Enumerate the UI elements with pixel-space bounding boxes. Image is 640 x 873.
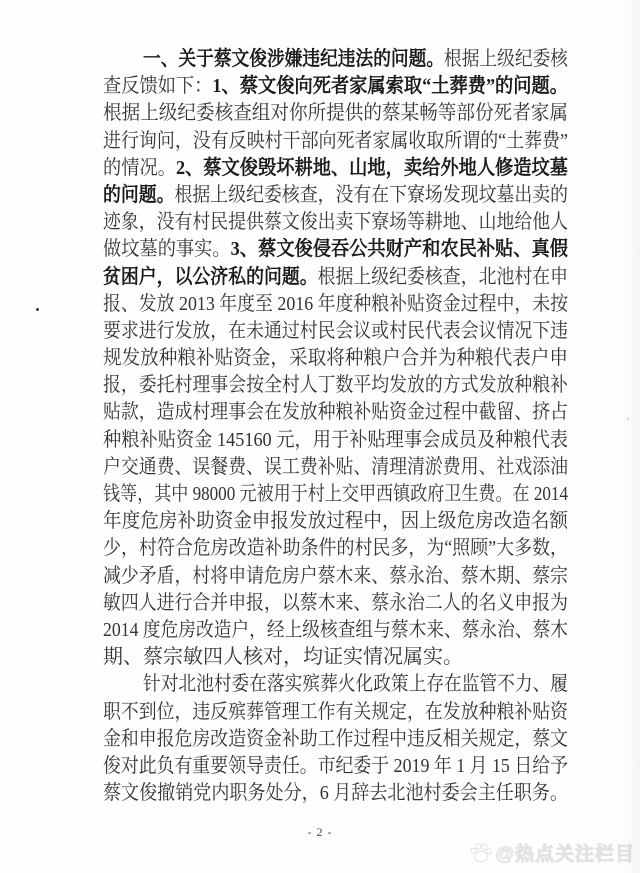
text-line-content: 2014 度危房改造户，经上级核查组与蔡木来、蔡永治、蔡木 bbox=[103, 617, 568, 644]
text-line: 的情况。2、蔡文俊毁坏耕地、山地，卖给外地人修造坟墓 bbox=[103, 155, 568, 182]
document-text: 一、关于蔡文俊涉嫌违纪违法的问题。根据上级纪委核查反馈如下：1、蔡文俊向死者家属… bbox=[103, 46, 568, 807]
text-segment: 户交通费、误餐费、误工费补贴、清理清淤费用、社戏添油 bbox=[103, 456, 568, 478]
text-line: 的问题。根据上级纪委核查，没有在下寮场发现坟墓出卖的 bbox=[103, 182, 568, 209]
text-segment: 钱等，其中 98000 元被用于村上交甲西镇政府卫生费。在 2014 bbox=[103, 483, 568, 505]
text-segment: 少，村符合危房改造补助条件的村民多，为“照顾”大多数， bbox=[103, 537, 568, 559]
text-line-content: 年度危房补助资金申报发放过程中，因上级危房改造名额 bbox=[103, 508, 568, 535]
text-segment: 种粮补贴资金 145160 元，用于补贴理事会成员及种粮代表 bbox=[103, 429, 568, 451]
text-line: 贴款，造成村理事会在发放种粮补贴资金过程中截留、挤占 bbox=[103, 399, 568, 426]
text-line: 少，村符合危房改造补助条件的村民多，为“照顾”大多数， bbox=[103, 535, 568, 562]
text-line-content: 的问题。根据上级纪委核查，没有在下寮场发现坟墓出卖的 bbox=[103, 182, 568, 209]
text-line-content: 少，村符合危房改造补助条件的村民多，为“照顾”大多数， bbox=[103, 535, 568, 562]
text-line: 减少矛盾，村将申请危房户蔡木来、蔡永治、蔡木期、蔡宗 bbox=[103, 563, 568, 590]
text-line-content: 贫困户，以公济私的问题。根据上级纪委核查，北池村在申 bbox=[103, 264, 568, 291]
text-segment: 查反馈如下： bbox=[103, 75, 212, 97]
watermark-text: @热点关注栏目 bbox=[495, 839, 635, 866]
text-line: 做坟墓的事实。3、蔡文俊侵吞公共财产和农民补贴、真假 bbox=[103, 236, 568, 263]
text-line: 户交通费、误餐费、误工费补贴、清理清淤费用、社戏添油 bbox=[103, 454, 568, 481]
text-line: 钱等，其中 98000 元被用于村上交甲西镇政府卫生费。在 2014 bbox=[103, 481, 568, 508]
text-segment: 期、蔡宗敏四人核对，均证实情况属实。 bbox=[103, 646, 463, 668]
text-line-content: 贴款，造成村理事会在发放种粮补贴资金过程中截留、挤占 bbox=[103, 399, 568, 426]
text-line: 2014 度危房改造户，经上级核查组与蔡木来、蔡永治、蔡木 bbox=[103, 617, 568, 644]
text-line-content: 做坟墓的事实。3、蔡文俊侵吞公共财产和农民补贴、真假 bbox=[103, 236, 568, 263]
text-line: 金和申报危房改造资金补助工作过程中违反相关规定，蔡文 bbox=[103, 726, 568, 753]
text-segment: 针对北池村委在落实殡葬火化政策上存在监管不力、履 bbox=[143, 673, 568, 695]
text-segment: 2014 度危房改造户，经上级核查组与蔡木来、蔡永治、蔡木 bbox=[103, 619, 568, 641]
text-segment: 根据上级纪委核查，没有在下寮场发现坟墓出卖的 bbox=[175, 184, 568, 206]
text-line: 蔡文俊撤销党内职务处分，6 月辞去北池村委会主任职务。 bbox=[103, 780, 568, 807]
text-line: 根据上级纪委核查组对你所提供的蔡某畅等部份死者家属 bbox=[103, 100, 568, 127]
bold-text-segment: 2、蔡文俊毁坏耕地、山地，卖给外地人修造坟墓 bbox=[176, 157, 568, 179]
text-segment: 年度危房补助资金申报发放过程中，因上级危房改造名额 bbox=[103, 510, 568, 532]
text-segment: 根据上级纪委核查组对你所提供的蔡某畅等部份死者家属 bbox=[103, 102, 568, 124]
text-segment: 报，委托村理事会按全村人丁数平均发放的方式发放种粮补 bbox=[103, 374, 568, 396]
text-line-content: 种粮补贴资金 145160 元，用于补贴理事会成员及种粮代表 bbox=[103, 427, 568, 454]
text-line: 职不到位，违反殡葬管理工作有关规定，在发放种粮补贴资 bbox=[103, 699, 568, 726]
text-line: 种粮补贴资金 145160 元，用于补贴理事会成员及种粮代表 bbox=[103, 427, 568, 454]
text-line: 迹象，没有村民提供蔡文俊出卖下寮场等耕地、山地给他人 bbox=[103, 209, 568, 236]
bold-text-segment: 一、关于蔡文俊涉嫌违纪违法的问题。 bbox=[143, 48, 444, 70]
scan-speck bbox=[627, 418, 629, 420]
text-segment: 报、发放 2013 年度至 2016 年度种粮补贴资金过程中，未按 bbox=[103, 293, 568, 315]
text-line: 期、蔡宗敏四人核对，均证实情况属实。 bbox=[103, 644, 568, 671]
scan-speck bbox=[36, 308, 39, 311]
text-line-content: 职不到位，违反殡葬管理工作有关规定，在发放种粮补贴资 bbox=[103, 699, 568, 726]
bold-text-segment: 的问题。 bbox=[103, 184, 175, 206]
text-line-content: 要求进行发放，在未通过村民会议或村民代表会议情况下违 bbox=[103, 318, 568, 345]
text-line-content: 规发放种粮补贴资金，采取将种粮户合并为种粮代表户申 bbox=[103, 345, 568, 372]
text-segment: 减少矛盾，村将申请危房户蔡木来、蔡永治、蔡木期、蔡宗 bbox=[103, 565, 568, 587]
text-line: 要求进行发放，在未通过村民会议或村民代表会议情况下违 bbox=[103, 318, 568, 345]
text-line-content: 减少矛盾，村将申请危房户蔡木来、蔡永治、蔡木期、蔡宗 bbox=[103, 563, 568, 590]
text-segment: 贴款，造成村理事会在发放种粮补贴资金过程中截留、挤占 bbox=[103, 401, 568, 423]
text-segment: 的情况。 bbox=[103, 157, 176, 179]
text-line-content: 户交通费、误餐费、误工费补贴、清理清淤费用、社戏添油 bbox=[103, 454, 568, 481]
text-line-content: 俊对此负有重要领导责任。市纪委于 2019 年 1 月 15 日给予 bbox=[103, 753, 568, 780]
text-line: 进行询问，没有反映村干部向死者家属收取所谓的“土葬费” bbox=[103, 128, 568, 155]
text-segment: 进行询问，没有反映村干部向死者家属收取所谓的“土葬费” bbox=[103, 130, 568, 152]
bold-text-segment: 1、蔡文俊向死者家属索取“土葬费”的问题。 bbox=[212, 75, 568, 97]
text-line: 查反馈如下：1、蔡文俊向死者家属索取“土葬费”的问题。 bbox=[103, 73, 568, 100]
text-line-content: 钱等，其中 98000 元被用于村上交甲西镇政府卫生费。在 2014 bbox=[103, 481, 568, 508]
text-line: 年度危房补助资金申报发放过程中，因上级危房改造名额 bbox=[103, 508, 568, 535]
text-segment: 根据上级纪委核 bbox=[444, 48, 568, 70]
text-segment: 根据上级纪委核查，北池村在申 bbox=[318, 266, 568, 288]
text-segment: 规发放种粮补贴资金，采取将种粮户合并为种粮代表户申 bbox=[103, 347, 568, 369]
text-segment: 职不到位，违反殡葬管理工作有关规定，在发放种粮补贴资 bbox=[103, 701, 568, 723]
text-line-content: 金和申报危房改造资金补助工作过程中违反相关规定，蔡文 bbox=[103, 726, 568, 753]
text-line: 报，委托村理事会按全村人丁数平均发放的方式发放种粮补 bbox=[103, 372, 568, 399]
text-segment: 金和申报危房改造资金补助工作过程中违反相关规定，蔡文 bbox=[103, 728, 568, 750]
text-line: 俊对此负有重要领导责任。市纪委于 2019 年 1 月 15 日给予 bbox=[103, 753, 568, 780]
text-line-content: 根据上级纪委核查组对你所提供的蔡某畅等部份死者家属 bbox=[103, 100, 568, 127]
text-line-content: 报，委托村理事会按全村人丁数平均发放的方式发放种粮补 bbox=[103, 372, 568, 399]
text-line-content: 敏四人进行合并申报，以蔡木来、蔡永治二人的名义申报为 bbox=[103, 590, 568, 617]
bold-text-segment: 贫困户，以公济私的问题。 bbox=[103, 266, 318, 288]
text-line: 贫困户，以公济私的问题。根据上级纪委核查，北池村在申 bbox=[103, 264, 568, 291]
page-number: - 2 - bbox=[0, 825, 640, 840]
text-segment: 敏四人进行合并申报，以蔡木来、蔡永治二人的名义申报为 bbox=[103, 592, 568, 614]
text-line: 针对北池村委在落实殡葬火化政策上存在监管不力、履 bbox=[103, 671, 568, 698]
text-line-content: 蔡文俊撤销党内职务处分，6 月辞去北池村委会主任职务。 bbox=[103, 780, 568, 807]
text-line: 报、发放 2013 年度至 2016 年度种粮补贴资金过程中，未按 bbox=[103, 291, 568, 318]
text-line: 敏四人进行合并申报，以蔡木来、蔡永治二人的名义申报为 bbox=[103, 590, 568, 617]
watermark: @热点关注栏目 bbox=[469, 839, 635, 866]
text-line-content: 一、关于蔡文俊涉嫌违纪违法的问题。根据上级纪委核 bbox=[143, 46, 568, 73]
text-line-content: 报、发放 2013 年度至 2016 年度种粮补贴资金过程中，未按 bbox=[103, 291, 568, 318]
text-line-content: 的情况。2、蔡文俊毁坏耕地、山地，卖给外地人修造坟墓 bbox=[103, 155, 568, 182]
text-line: 一、关于蔡文俊涉嫌违纪违法的问题。根据上级纪委核 bbox=[103, 46, 568, 73]
text-line-content: 进行询问，没有反映村干部向死者家属收取所谓的“土葬费” bbox=[103, 128, 568, 155]
text-segment: 要求进行发放，在未通过村民会议或村民代表会议情况下违 bbox=[103, 320, 568, 342]
text-line-content: 针对北池村委在落实殡葬火化政策上存在监管不力、履 bbox=[143, 671, 568, 698]
bold-text-segment: 3、蔡文俊侵吞公共财产和农民补贴、真假 bbox=[231, 238, 568, 260]
text-line-content: 期、蔡宗敏四人核对，均证实情况属实。 bbox=[103, 644, 463, 671]
text-segment: 做坟墓的事实。 bbox=[103, 238, 231, 260]
text-line: 规发放种粮补贴资金，采取将种粮户合并为种粮代表户申 bbox=[103, 345, 568, 372]
text-line-content: 查反馈如下：1、蔡文俊向死者家属索取“土葬费”的问题。 bbox=[103, 73, 568, 100]
scanned-document-page: 一、关于蔡文俊涉嫌违纪违法的问题。根据上级纪委核查反馈如下：1、蔡文俊向死者家属… bbox=[0, 0, 640, 873]
text-segment: 迹象，没有村民提供蔡文俊出卖下寮场等耕地、山地给他人 bbox=[103, 211, 568, 233]
text-segment: 蔡文俊撤销党内职务处分，6 月辞去北池村委会主任职务。 bbox=[103, 782, 568, 804]
text-segment: 俊对此负有重要领导责任。市纪委于 2019 年 1 月 15 日给予 bbox=[103, 755, 568, 777]
paw-icon bbox=[469, 841, 493, 865]
text-line-content: 迹象，没有村民提供蔡文俊出卖下寮场等耕地、山地给他人 bbox=[103, 209, 568, 236]
